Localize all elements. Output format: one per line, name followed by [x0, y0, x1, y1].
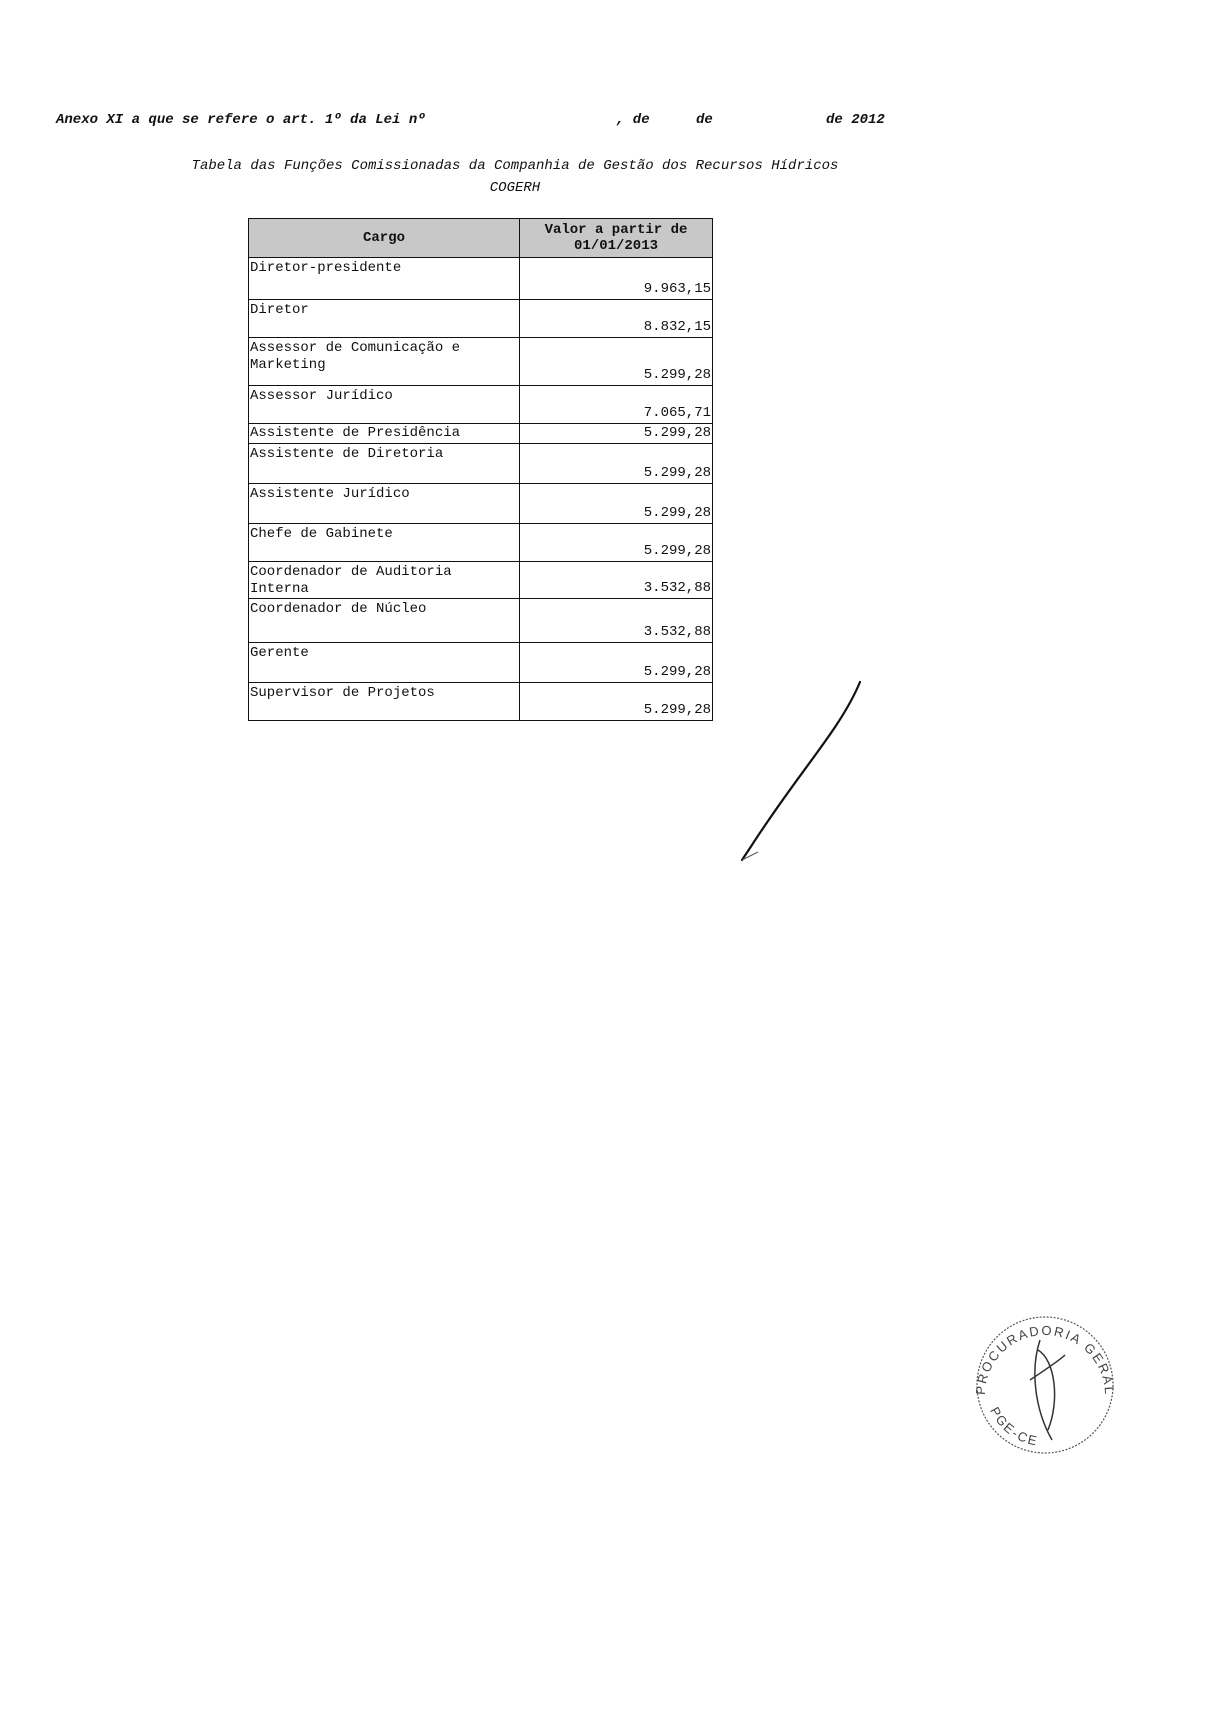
stamp-text-bottom: PGE-CE — [987, 1404, 1040, 1448]
valor-cell: 3.532,88 — [520, 599, 713, 643]
signature-stroke-icon — [720, 670, 880, 870]
valor-cell: 9.963,15 — [520, 258, 713, 300]
cargo-cell: Assessor de Comunicação e Marketing — [249, 338, 520, 386]
table-row: Chefe de Gabinete5.299,28 — [249, 524, 713, 562]
column-header-cargo: Cargo — [249, 219, 520, 258]
table-row: Diretor-presidente9.963,15 — [249, 258, 713, 300]
cargo-cell: Assessor Jurídico — [249, 386, 520, 424]
table-row: Coordenador de Núcleo3.532,88 — [249, 599, 713, 643]
cargo-cell: Assistente de Diretoria — [249, 444, 520, 484]
table-row: Assessor de Comunicação e Marketing5.299… — [249, 338, 713, 386]
table-title: Tabela das Funções Comissionadas da Comp… — [100, 155, 930, 199]
table-row: Assistente Jurídico5.299,28 — [249, 484, 713, 524]
table-row: Gerente5.299,28 — [249, 643, 713, 683]
table-row: Diretor8.832,15 — [249, 300, 713, 338]
cargo-cell: Diretor-presidente — [249, 258, 520, 300]
table-row: Assistente de Presidência5.299,28 — [249, 424, 713, 444]
annex-date-de: de — [696, 112, 713, 128]
table-row: Assistente de Diretoria5.299,28 — [249, 444, 713, 484]
valor-cell: 5.299,28 — [520, 643, 713, 683]
cargo-cell: Diretor — [249, 300, 520, 338]
annex-year: de 2012 — [826, 112, 885, 128]
table-title-line2: COGERH — [100, 177, 930, 199]
annex-reference: Anexo XI a que se refere o art. 1º da Le… — [56, 112, 426, 128]
svg-text:PGE-CE: PGE-CE — [987, 1404, 1040, 1448]
table-row: Assessor Jurídico7.065,71 — [249, 386, 713, 424]
table-title-line1: Tabela das Funções Comissionadas da Comp… — [100, 155, 930, 177]
stamp-text-top: PROCURADORIA GERAL DO ESTADO — [960, 1300, 1117, 1396]
valor-cell: 8.832,15 — [520, 300, 713, 338]
valor-cell: 5.299,28 — [520, 484, 713, 524]
cargo-cell: Chefe de Gabinete — [249, 524, 520, 562]
table-row: Coordenador de Auditoria Interna3.532,88 — [249, 562, 713, 599]
commissioned-functions-table: Cargo Valor a partir de 01/01/2013 Diret… — [248, 218, 713, 721]
cargo-cell: Assistente de Presidência — [249, 424, 520, 444]
cargo-cell: Coordenador de Auditoria Interna — [249, 562, 520, 599]
cargo-cell: Assistente Jurídico — [249, 484, 520, 524]
svg-text:PROCURADORIA GERAL DO ESTADO: PROCURADORIA GERAL DO ESTADO — [960, 1300, 1117, 1396]
valor-cell: 3.532,88 — [520, 562, 713, 599]
cargo-cell: Supervisor de Projetos — [249, 683, 520, 721]
valor-cell: 5.299,28 — [520, 444, 713, 484]
valor-cell: 5.299,28 — [520, 524, 713, 562]
valor-cell: 5.299,28 — [520, 683, 713, 721]
valor-cell: 7.065,71 — [520, 386, 713, 424]
table-row: Supervisor de Projetos5.299,28 — [249, 683, 713, 721]
cargo-cell: Gerente — [249, 643, 520, 683]
valor-cell: 5.299,28 — [520, 338, 713, 386]
valor-cell: 5.299,28 — [520, 424, 713, 444]
cargo-cell: Coordenador de Núcleo — [249, 599, 520, 643]
column-header-valor: Valor a partir de 01/01/2013 — [520, 219, 713, 258]
annex-date-comma-de: , de — [616, 112, 650, 128]
official-stamp-icon: PROCURADORIA GERAL DO ESTADO PGE-CE — [960, 1300, 1130, 1470]
